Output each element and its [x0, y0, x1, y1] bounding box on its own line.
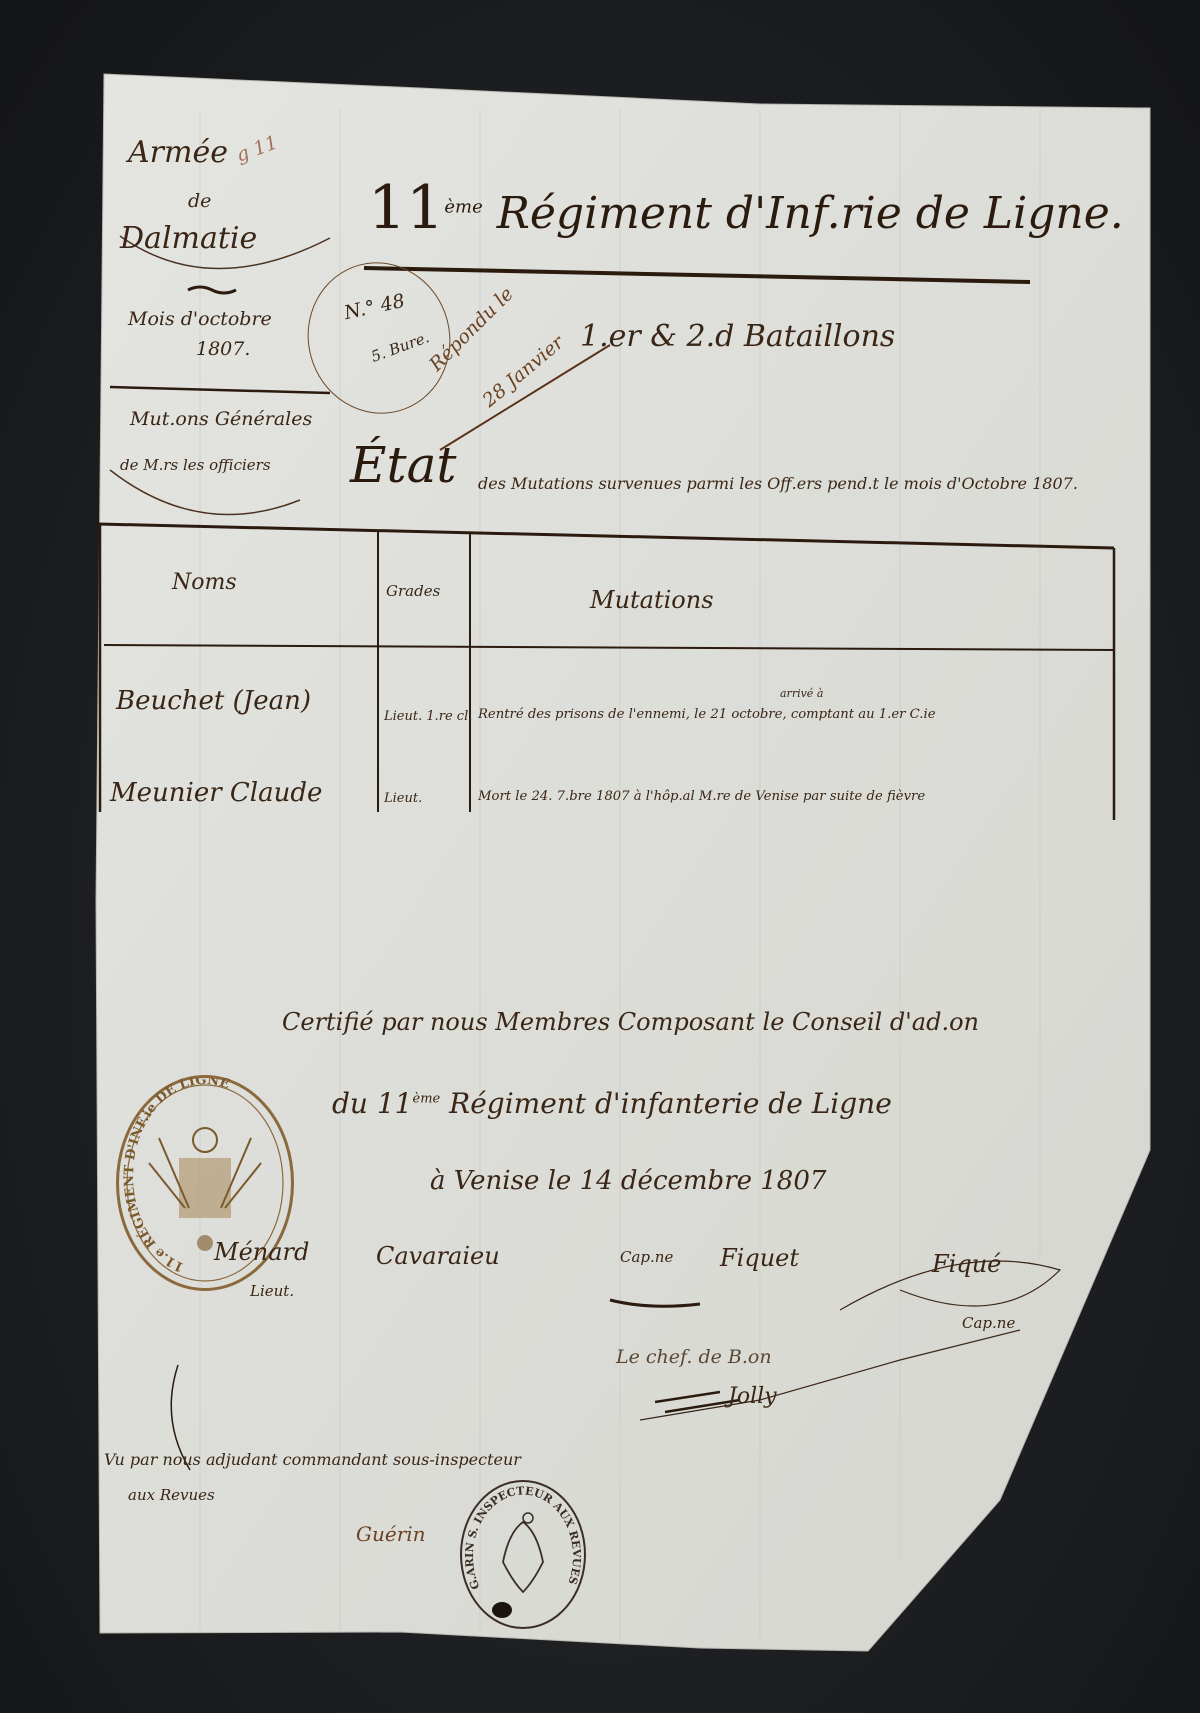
signature-1-title: Lieut. [250, 1284, 294, 1299]
inspector-seal-stamp: G.ARIN S. INSPECTEUR AUX REVUES [460, 1480, 586, 1629]
inspection-line-2: aux Revues [128, 1488, 215, 1503]
column-header-mutations: Mutations [590, 588, 714, 612]
signature-2-title: Cap.ne [620, 1250, 673, 1265]
certification-place-date: à Venise le 14 décembre 1807 [430, 1168, 826, 1194]
regiment-number-sup: ème [444, 196, 482, 217]
regiment-number: 11 [368, 173, 444, 243]
cert-sup: ème [413, 1092, 441, 1107]
column-header-grades: Grades [386, 584, 440, 599]
inspection-line-1: Vu par nous adjudant commandant sous-ins… [104, 1452, 521, 1468]
row-name: Meunier Claude [110, 780, 322, 806]
state-subtitle: des Mutations survenues parmi les Off.er… [478, 476, 1078, 492]
cert-prefix: du 11 [332, 1087, 413, 1120]
row-grade: Lieut. [384, 792, 422, 805]
row-mutation: Mort le 24. 7.bre 1807 à l'hôp.al M.re d… [478, 790, 925, 803]
row-mutation: Rentré des prisons de l'ennemi, le 21 oc… [478, 708, 936, 721]
army-name: Dalmatie [120, 224, 257, 254]
signature-1: Ménard [214, 1240, 309, 1264]
column-header-names: Noms [172, 572, 237, 594]
chief-note: Le chef. de B.on [616, 1348, 772, 1367]
state-word: État [350, 440, 457, 490]
officers-label: de M.rs les officiers [120, 458, 271, 473]
row-grade: Lieut. 1.re cl. [384, 710, 472, 723]
month-year: 1807. [196, 340, 250, 359]
row-name: Beuchet (Jean) [116, 688, 311, 714]
mutations-label: Mut.ons Générales [130, 410, 312, 429]
cert-regiment: Régiment d'infanterie de Ligne [449, 1087, 892, 1120]
document-sheet: Armée g 11 de Dalmatie Mois d'octobre 18… [0, 0, 1200, 1713]
army-de: de [188, 192, 211, 211]
chief-signature: Jolly [728, 1386, 777, 1408]
certification-line-2: du 11ème Régiment d'infanterie de Ligne [332, 1090, 892, 1118]
row-mutation-insert: arrivé à [780, 688, 823, 699]
army-label: Armée [128, 138, 228, 168]
regiment-name: Régiment d'Inf.rie de Ligne. [497, 188, 1124, 239]
certification-line-1: Certifié par nous Membres Composant le C… [282, 1010, 979, 1034]
battalions: 1.er & 2.d Bataillons [580, 322, 895, 352]
svg-text:G.ARIN S. INSPECTEUR AUX REVUE: G.ARIN S. INSPECTEUR AUX REVUES [463, 1484, 583, 1591]
signature-3: Fiquet [720, 1246, 799, 1270]
eagle-seal-icon: G.ARIN S. INSPECTEUR AUX REVUES [462, 1482, 584, 1627]
regiment-title: 11ème Régiment d'Inf.rie de Ligne. [368, 178, 1124, 238]
signature-4: Fiqué [932, 1252, 1001, 1276]
signature-2: Cavaraieu [376, 1244, 500, 1268]
inspector-signature: Guérin [356, 1524, 426, 1544]
signature-4-title: Cap.ne [962, 1316, 1015, 1331]
month-label: Mois d'octobre [128, 310, 272, 329]
